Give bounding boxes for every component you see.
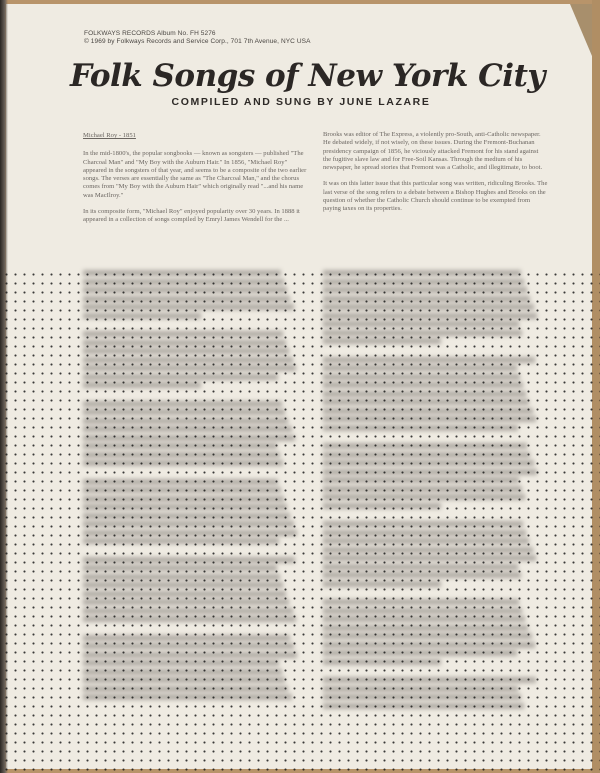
blurred-text-line <box>323 625 528 631</box>
blurred-text-line <box>83 348 289 354</box>
blurred-text-line <box>83 365 296 371</box>
blurred-text-line <box>83 599 289 605</box>
blurred-text-line <box>83 591 286 597</box>
blurred-text-line <box>323 443 527 449</box>
blurred-text-line <box>83 452 280 458</box>
blurred-text-line <box>323 425 518 431</box>
blurred-text-line <box>83 652 297 658</box>
blurred-text-line <box>83 635 290 641</box>
blurred-text-line <box>83 374 278 380</box>
paragraph: It was on this latter issue that this pa… <box>323 180 548 213</box>
blurred-text-line <box>323 564 518 570</box>
blurred-text-line <box>323 416 536 422</box>
document-title: Folk Songs of New York City <box>70 58 532 94</box>
blurred-text-line <box>83 357 293 363</box>
blurred-text-line <box>83 538 279 544</box>
blurred-text-line <box>83 270 281 276</box>
blurred-text-line <box>83 677 285 683</box>
blurred-text-line <box>323 547 533 553</box>
blurred-text-line <box>323 530 526 536</box>
blurred-text-line <box>83 565 277 571</box>
paragraph: In the mid-1800's, the popular songbooks… <box>83 150 308 200</box>
blurred-text-line <box>323 382 523 388</box>
blurred-text-line <box>323 270 521 276</box>
blurred-text-line <box>323 494 525 500</box>
blurred-text-line <box>83 608 293 614</box>
blurred-text-line <box>83 479 278 485</box>
song-heading: Michael Roy - 1851 <box>83 132 308 140</box>
blurred-text-line <box>83 304 294 310</box>
left-column: Michael Roy - 1851 In the mid-1800's, th… <box>83 132 308 233</box>
blurred-text-line <box>323 469 537 475</box>
blurred-text-line <box>83 331 283 337</box>
blurred-text-line <box>323 296 530 302</box>
blurred-text-line <box>83 513 290 519</box>
blurred-text-line <box>323 486 522 492</box>
blurred-text-line <box>83 694 292 700</box>
blurred-text-line <box>83 409 285 415</box>
blurred-text-line <box>83 686 288 692</box>
blurred-text-line <box>323 686 518 692</box>
blurred-text-line <box>323 521 523 527</box>
blurred-text-line <box>83 496 284 502</box>
blurred-text-line <box>83 426 292 432</box>
blurred-text-line <box>83 643 294 649</box>
blurred-text-line <box>323 677 536 683</box>
album-number: FOLKWAYS RECORDS Album No. FH 5276 <box>84 30 311 38</box>
blurred-text-line <box>83 574 280 580</box>
blurred-text-line <box>83 582 283 588</box>
blurred-text-line <box>83 279 284 285</box>
blurred-text-line <box>323 650 517 656</box>
blurred-text-line <box>83 669 282 675</box>
blurred-text-line <box>323 503 441 509</box>
page-corner-fold <box>570 4 592 56</box>
blurred-text-line <box>323 338 441 344</box>
blurred-text-line <box>323 633 532 639</box>
blurred-text-line <box>323 572 521 578</box>
right-column: Brooks was editor of The Express, a viol… <box>323 131 548 222</box>
blurred-text-line <box>323 581 441 587</box>
album-credit: FOLKWAYS RECORDS Album No. FH 5276 © 196… <box>84 30 311 46</box>
blurred-text-line <box>83 504 287 510</box>
blurred-text-line <box>83 340 286 346</box>
blurred-text-line <box>83 382 201 388</box>
blurred-text-line <box>83 296 290 302</box>
blurred-text-line <box>83 401 282 407</box>
blurred-text-line <box>323 313 537 319</box>
blurred-text-line <box>83 443 277 449</box>
blurred-text-line <box>323 659 441 665</box>
blurred-text-line <box>323 304 534 310</box>
blurred-text-line <box>323 321 519 327</box>
blurred-text-line <box>323 287 527 293</box>
blurred-text-line <box>323 399 529 405</box>
blurred-text-line <box>323 538 529 544</box>
blurred-text-line <box>323 703 524 709</box>
blurred-text-line <box>83 660 279 666</box>
blurred-text-line <box>83 521 294 527</box>
paragraph: In its composite form, "Michael Roy" enj… <box>83 208 308 225</box>
blurred-text-line <box>323 330 522 336</box>
blurred-text-line <box>323 642 535 648</box>
blurred-text-line <box>323 408 533 414</box>
blurred-text-line <box>83 460 283 466</box>
blurred-text-line <box>323 616 525 622</box>
blurred-text-line <box>323 365 517 371</box>
blurred-text-line <box>83 418 288 424</box>
paragraph: Brooks was editor of The Express, a viol… <box>323 131 548 172</box>
blurred-text-line <box>323 374 520 380</box>
blurred-text-line <box>323 608 522 614</box>
obscured-text-region <box>0 268 600 773</box>
blurred-text-line <box>323 694 521 700</box>
blurred-text-line <box>323 477 519 483</box>
blurred-text-line <box>323 391 526 397</box>
blurred-text-line <box>83 435 295 441</box>
document-subtitle: COMPILED AND SUNG BY JUNE LAZARE <box>70 96 532 108</box>
blurred-text-line <box>83 487 281 493</box>
blurred-text-line <box>83 313 201 319</box>
blurred-text-line <box>83 287 287 293</box>
blurred-text-line <box>83 616 296 622</box>
copyright-line: © 1969 by Folkways Records and Service C… <box>84 38 311 46</box>
blurred-text-line <box>323 452 530 458</box>
blurred-text-line <box>323 599 519 605</box>
blurred-text-line <box>83 557 295 563</box>
blurred-text-line <box>323 357 535 363</box>
blurred-text-line <box>323 279 524 285</box>
blurred-text-line <box>83 530 297 536</box>
blurred-text-line <box>323 555 536 561</box>
blurred-text-line <box>323 460 534 466</box>
